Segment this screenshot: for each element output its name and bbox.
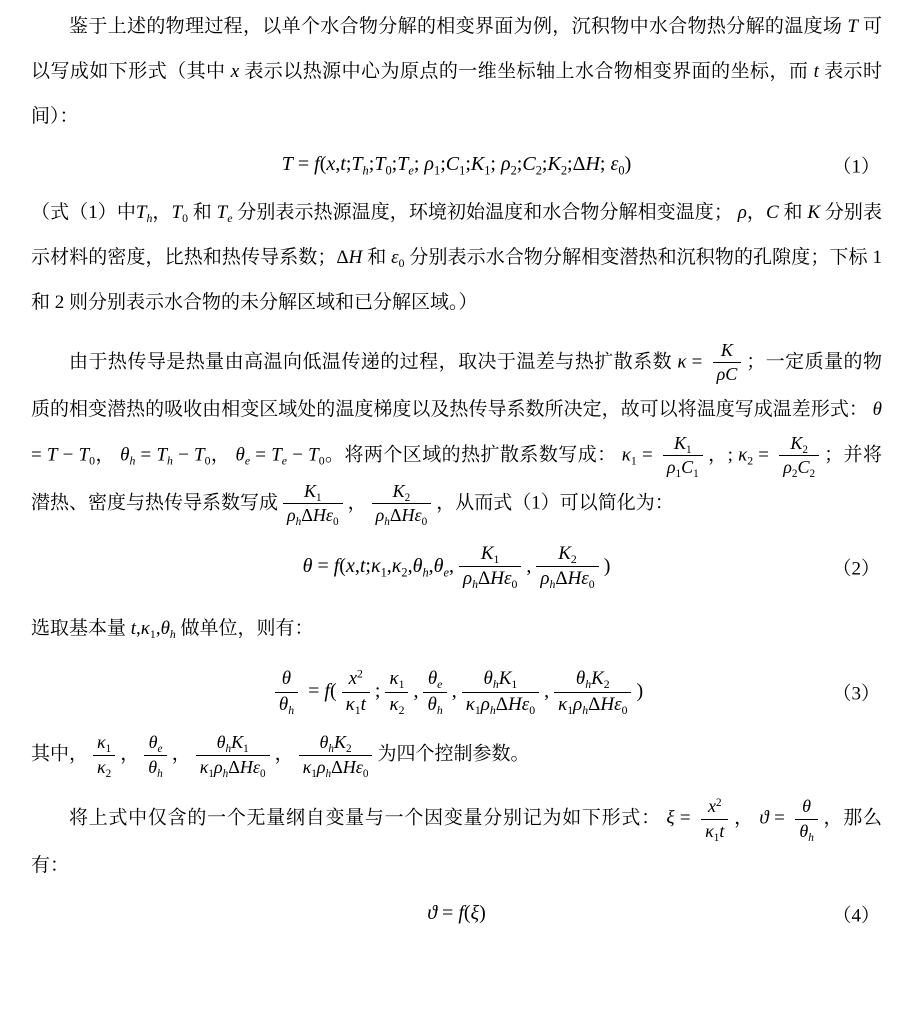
equation-4: ϑ = f(ξ) （4） <box>31 900 882 927</box>
equation-1: T = f(x,t;Th;T0;Te; ρ1;C1;K1; ρ2;C2;K2;Δ… <box>31 151 882 178</box>
equation-3: θθh = f(x2κ1t;κ1κ2,θeθh,θhK1κ1ρhΔHε0,θhK… <box>31 665 882 719</box>
equation-2: θ = f(x,t;κ1,κ2,θh,θe,K1ρhΔHε0,K2ρhΔHε0)… <box>31 540 882 594</box>
paragraph-base-quantities: 选取基本量 t,κ1,θh 做单位，则有： <box>31 606 882 651</box>
equation-4-body: ϑ = f(ξ) <box>427 902 486 924</box>
paragraph-symbol-definitions: （式（1）中Th，T0 和 Te 分别表示热源温度，环境初始温度和水合物分解相变… <box>31 190 882 325</box>
document-page: 鉴于上述的物理过程，以单个水合物分解的相变界面为例，沉积物中水合物热分解的温度场… <box>0 0 913 1023</box>
equation-4-number: （4） <box>832 900 880 927</box>
paragraph-dimensionless-variables: 将上式中仅含的一个无量纲自变量与一个因变量分别记为如下形式： ξ = x2κ1t… <box>31 795 882 888</box>
paragraph-intro: 鉴于上述的物理过程，以单个水合物分解的相变界面为例，沉积物中水合物热分解的温度场… <box>31 4 882 139</box>
equation-1-body: T = f(x,t;Th;T0;Te; ρ1;C1;K1; ρ2;C2;K2;Δ… <box>282 153 631 175</box>
equation-2-body: θ = f(x,t;κ1,κ2,θh,θe,K1ρhΔHε0,K2ρhΔHε0) <box>303 555 611 577</box>
equation-3-body: θθh = f(x2κ1t;κ1κ2,θeθh,θhK1κ1ρhΔHε0,θhK… <box>270 680 643 702</box>
paragraph-control-parameters: 其中，κ1κ2，θeθh，θhK1κ1ρhΔHε0，θhK2κ1ρhΔHε0为四… <box>31 731 882 779</box>
paragraph-heat-conduction: 由于热传导是热量由高温向低温传递的过程，取决于温差与热扩散系数 κ = KρC；… <box>31 339 882 528</box>
equation-1-number: （1） <box>832 151 880 178</box>
equation-2-number: （2） <box>832 553 880 580</box>
equation-3-number: （3） <box>832 679 880 706</box>
